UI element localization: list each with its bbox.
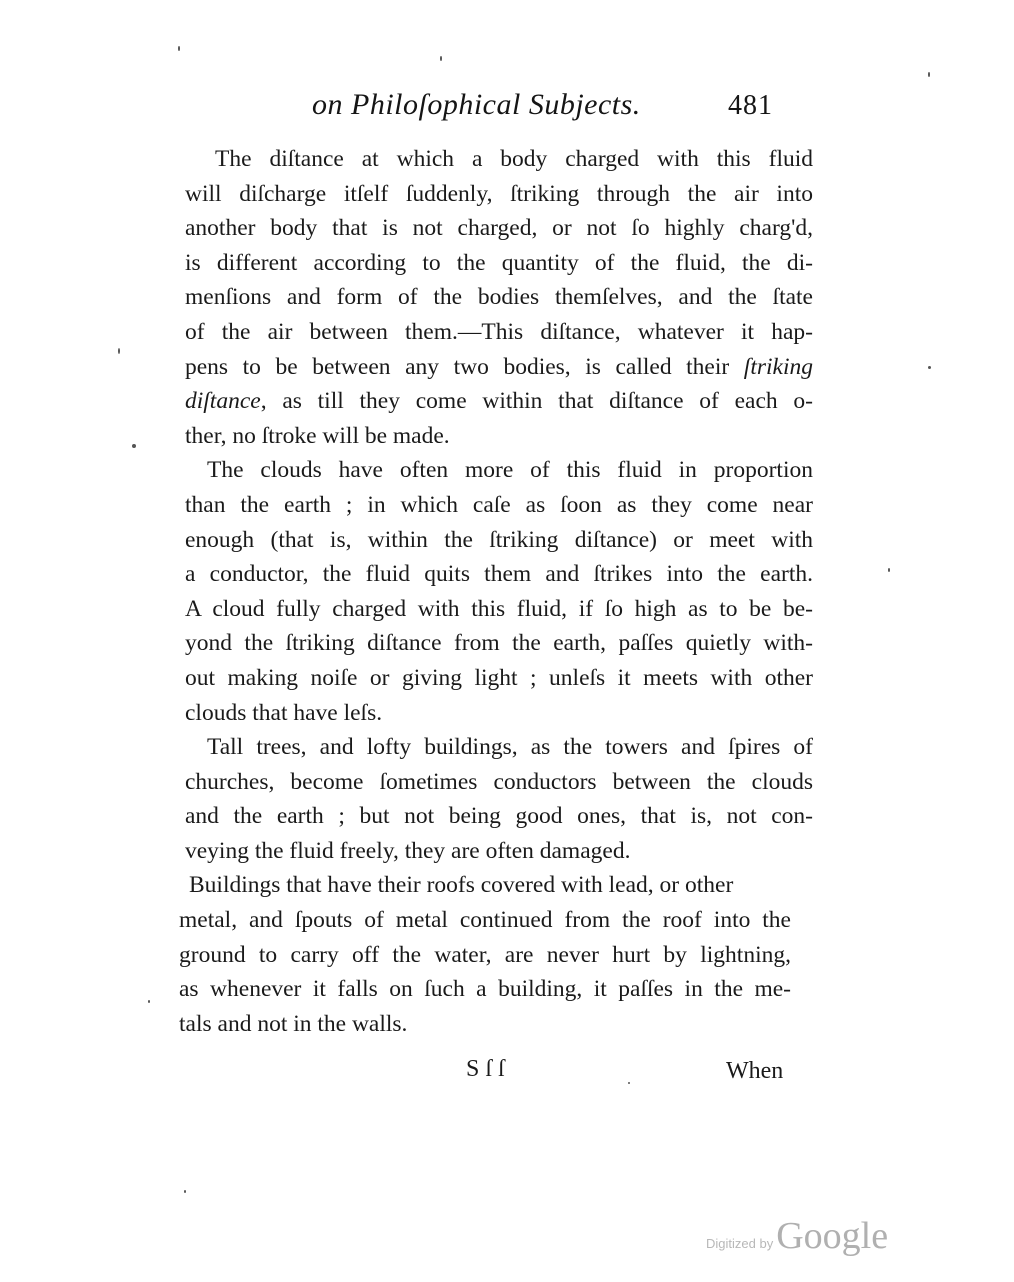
paragraph-striking-distance: The diſtance at which a body charged wit…: [185, 142, 813, 453]
scan-speck: [928, 366, 931, 369]
text-line: Buildings that have their roofs covered …: [185, 868, 793, 903]
text-line: A cloud fully charged with this fluid, i…: [185, 592, 813, 627]
text-line: Tall trees, and lofty buildings, as the …: [185, 730, 813, 765]
text-line: The clouds have often more of this fluid…: [185, 453, 813, 488]
running-title: on Philoſophical Subjects.: [312, 88, 641, 122]
scan-speck: [440, 56, 442, 61]
text-line: yond the ſtriking diſtance from the eart…: [185, 626, 813, 661]
text-line: metal, and ſpouts of metal continued fro…: [179, 903, 791, 938]
text-line: tals and not in the walls.: [179, 1007, 813, 1042]
text-line: of the air between them.—This diſtance, …: [185, 315, 813, 350]
scan-speck: [928, 72, 930, 77]
watermark-prefix: Digitized by: [706, 1236, 773, 1251]
signature-mark: Sſſ: [466, 1056, 511, 1083]
text-line: a conductor, the fluid quits them and ſt…: [185, 557, 813, 592]
page-header: on Philoſophical Subjects. 481: [0, 88, 1014, 128]
text-line: veying the fluid freely, they are often …: [185, 834, 813, 869]
text-line: menſions and form of the bodies themſelv…: [185, 280, 813, 315]
scan-speck: [628, 1082, 630, 1084]
text-line: ground to carry off the water, are never…: [179, 938, 791, 973]
text-line: ther, no ſtroke will be made.: [185, 419, 813, 454]
text-line: will diſcharge itſelf ſuddenly, ſtriking…: [185, 177, 813, 212]
page-footer: Sſſ When: [0, 1056, 1014, 1096]
text-line: The diſtance at which a body charged wit…: [185, 142, 813, 177]
italic-term: diſtance: [185, 388, 261, 414]
body-text: The diſtance at which a body charged wit…: [185, 142, 813, 1041]
text-line: churches, become ſometimes conductors be…: [185, 765, 813, 800]
paragraph-buildings: Buildings that have their roofs covered …: [185, 868, 813, 1041]
text-segment: pens to be between any two bodies, is ca…: [185, 354, 744, 380]
scan-speck: [148, 1000, 150, 1003]
scan-speck: [888, 568, 890, 572]
text-line: is different according to the quantity o…: [185, 246, 813, 281]
catchword: When: [726, 1058, 783, 1085]
google-logo: Google: [776, 1215, 888, 1257]
scan-speck: [178, 46, 180, 51]
text-line: than the earth ; in which caſe as ſoon a…: [185, 488, 813, 523]
text-line: another body that is not charged, or not…: [185, 211, 813, 246]
text-line: and the earth ; but not being good ones,…: [185, 799, 813, 834]
book-page: on Philoſophical Subjects. 481 The diſta…: [0, 0, 1014, 1282]
paragraph-clouds: The clouds have often more of this fluid…: [185, 453, 813, 730]
scan-speck: [184, 1190, 186, 1193]
text-line: as whenever it falls on ſuch a building,…: [179, 972, 791, 1007]
text-segment: , as till they come within that diſtance…: [261, 388, 813, 414]
text-line: enough (that is, within the ſtriking diſ…: [185, 523, 813, 558]
text-line: out making noiſe or giving light ; unleſ…: [185, 661, 813, 696]
digitized-watermark: Digitized byGoogle: [706, 1214, 888, 1258]
paragraph-tall-trees: Tall trees, and lofty buildings, as the …: [185, 730, 813, 868]
scan-speck: [118, 348, 120, 354]
text-line: diſtance, as till they come within that …: [185, 384, 813, 419]
text-line: clouds that have leſs.: [185, 696, 813, 731]
page-number: 481: [728, 90, 773, 122]
scan-speck: [132, 444, 136, 448]
italic-term: ſtriking: [744, 354, 813, 380]
text-line: pens to be between any two bodies, is ca…: [185, 350, 813, 385]
